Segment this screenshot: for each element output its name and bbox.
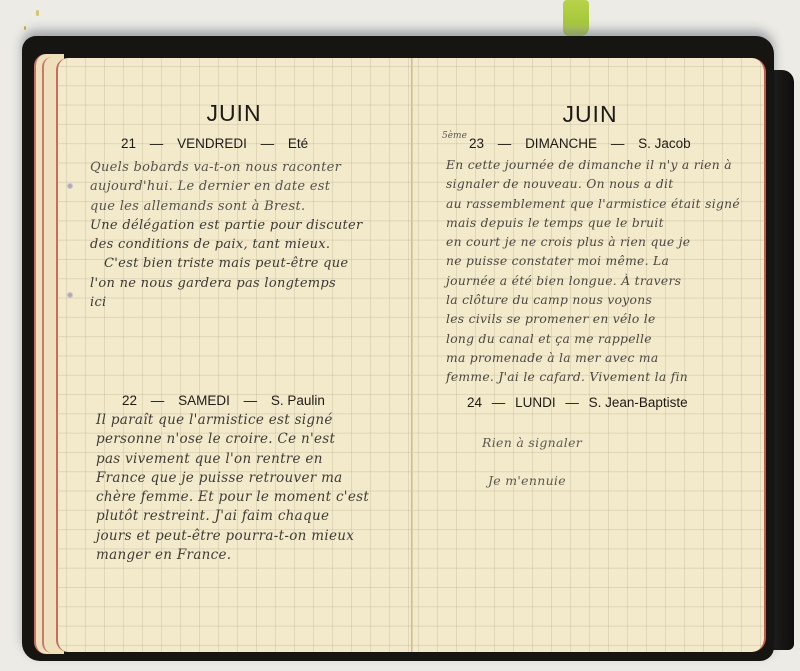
handwritten-line: au rassemblement que l'armistice était s… xyxy=(446,195,740,214)
speck xyxy=(24,26,26,30)
green-stain xyxy=(563,0,589,36)
entry-21-text: Quels bobards va-t-on nous raconter aujo… xyxy=(90,158,363,312)
handwritten-line: ma promenade à la mer avec ma xyxy=(446,349,740,368)
day-header-24: 24 — LUNDI — S. Jean-Baptiste xyxy=(467,395,688,410)
weekday: SAMEDI xyxy=(178,393,230,408)
speck xyxy=(36,10,39,16)
right-month-heading: JUIN xyxy=(490,101,690,128)
day-header-23: 23 — DIMANCHE — S. Jacob xyxy=(469,136,691,151)
entry-23-text: En cette journée de dimanche il n'y a ri… xyxy=(446,156,740,388)
day-number: 22 xyxy=(122,393,137,408)
handwritten-line: C'est bien triste mais peut-être que xyxy=(90,254,363,273)
handwritten-line: Une délégation est partie pour discuter xyxy=(90,216,363,235)
left-month-heading: JUIN xyxy=(134,100,334,127)
handwritten-line: chère femme. Et pour le moment c'est xyxy=(96,488,369,507)
handwritten-line: Rien à signaler xyxy=(482,424,582,462)
handwritten-line: personne n'ose le croire. Ce n'est xyxy=(96,430,369,449)
dash: — xyxy=(611,136,625,151)
dash: — xyxy=(261,136,275,151)
entry-22-text: Il paraît que l'armistice est signé pers… xyxy=(96,411,369,565)
dash: — xyxy=(498,136,512,151)
handwritten-line: long du canal et ça me rappelle xyxy=(446,330,740,349)
day-number: 23 xyxy=(469,136,484,151)
day-header-22: 22 — SAMEDI — S. Paulin xyxy=(122,393,325,408)
handwritten-line: plutôt restreint. J'ai faim chaque xyxy=(96,507,369,526)
handwritten-line: mais depuis le temps que le bruit xyxy=(446,214,740,233)
saint-name: S. Paulin xyxy=(271,393,325,408)
ink-stamp xyxy=(66,183,74,189)
weekday: LUNDI xyxy=(515,395,556,410)
handwritten-line: signaler de nouveau. On nous a dit xyxy=(446,175,740,194)
day-number: 24 xyxy=(467,395,482,410)
saint-name: Eté xyxy=(288,136,308,151)
handwritten-line: Je m'ennuie xyxy=(482,462,582,500)
day-number: 21 xyxy=(121,136,136,151)
handwritten-line: femme. J'ai le cafard. Vivement la fin xyxy=(446,368,740,387)
handwritten-line: l'on ne nous gardera pas longtemps xyxy=(90,274,363,293)
handwritten-line: les civils se promener en vélo le xyxy=(446,310,740,329)
book-spine xyxy=(411,58,413,652)
dash: — xyxy=(150,136,164,151)
handwritten-line: la clôture du camp nous voyons xyxy=(446,291,740,310)
saint-name: S. Jean-Baptiste xyxy=(589,395,688,410)
handwritten-line: Il paraît que l'armistice est signé xyxy=(96,411,369,430)
handwritten-line: que les allemands sont à Brest. xyxy=(90,197,363,216)
saint-name: S. Jacob xyxy=(638,136,691,151)
weekday: DIMANCHE xyxy=(525,136,597,151)
handwritten-line: en court je ne crois plus à rien que je xyxy=(446,233,740,252)
handwritten-line: ne puisse constater moi même. La xyxy=(446,252,740,271)
day-header-21: 21 — VENDREDI — Eté xyxy=(121,136,308,151)
handwritten-line: pas vivement que l'on rentre en xyxy=(96,450,369,469)
dash: — xyxy=(244,393,258,408)
handwritten-line: France que je puisse retrouver ma xyxy=(96,469,369,488)
margin-note: 5ème xyxy=(442,131,467,141)
entry-24-text: Rien à signaler Je m'ennuie xyxy=(482,424,582,500)
dash: — xyxy=(565,395,579,410)
ink-stamp xyxy=(66,292,74,298)
handwritten-line: manger en France. xyxy=(96,546,369,565)
handwritten-line: ici xyxy=(90,293,363,312)
handwritten-line: journée a été bien longue. À travers xyxy=(446,272,740,291)
dash: — xyxy=(151,393,165,408)
handwritten-line: Quels bobards va-t-on nous raconter xyxy=(90,158,363,177)
handwritten-line: En cette journée de dimanche il n'y a ri… xyxy=(446,156,740,175)
handwritten-line: aujourd'hui. Le dernier en date est xyxy=(90,177,363,196)
handwritten-line: jours et peut-être pourra-t-on mieux xyxy=(96,527,369,546)
weekday: VENDREDI xyxy=(177,136,247,151)
handwritten-line: des conditions de paix, tant mieux. xyxy=(90,235,363,254)
dash: — xyxy=(492,395,506,410)
